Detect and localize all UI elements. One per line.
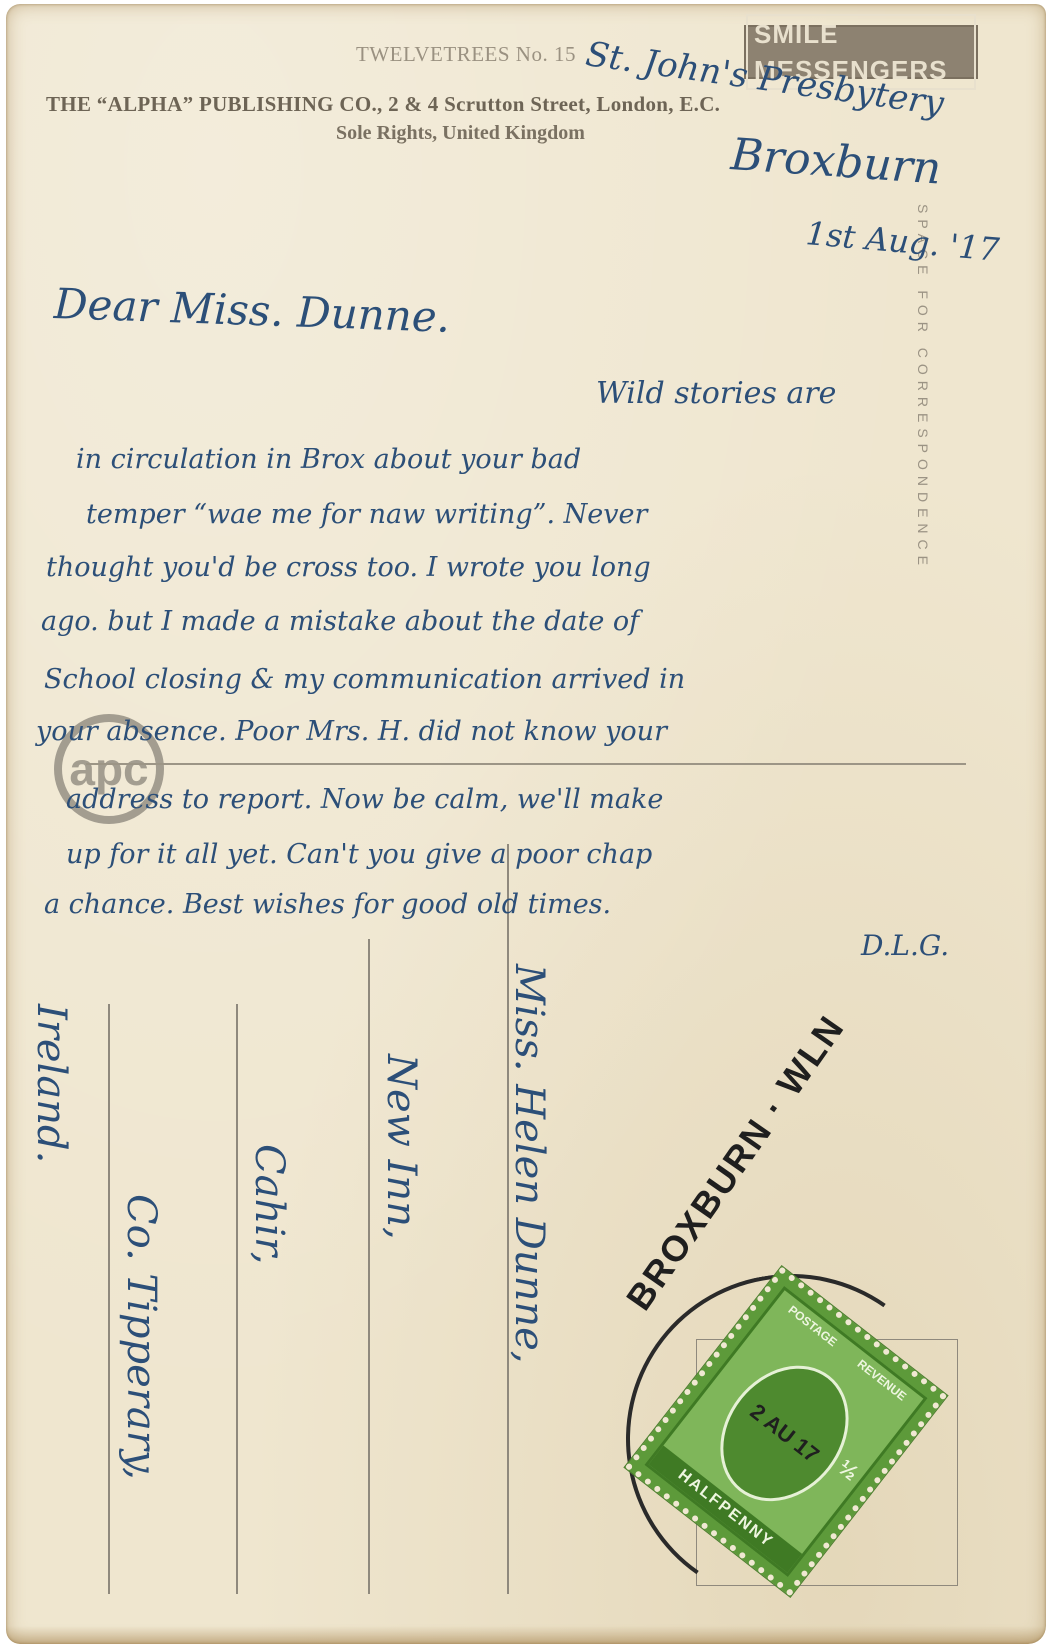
- address-rule: [368, 939, 370, 1594]
- stamp-postage-label: POSTAGE: [785, 1303, 839, 1350]
- letter-line: address to report. Now be calm, we'll ma…: [66, 784, 663, 815]
- letter-line: thought you'd be cross too. I wrote you …: [46, 552, 651, 583]
- address-line: Cahir,: [246, 1144, 292, 1264]
- letter-line: up for it all yet. Can't you give a poor…: [66, 839, 652, 870]
- letter-line: your absence. Poor Mrs. H. did not know …: [36, 716, 667, 747]
- address-line: Co. Tipperary,: [118, 1194, 164, 1480]
- postcard-back: TWELVETREES No. 15 THE “ALPHA” PUBLISHIN…: [6, 4, 1046, 1644]
- stamp-revenue-label: REVENUE: [855, 1357, 909, 1404]
- sender-town: Broxburn: [729, 129, 943, 195]
- rights-line: Sole Rights, United Kingdom: [336, 122, 585, 145]
- publisher-line: THE “ALPHA” PUBLISHING CO., 2 & 4 Scrutt…: [46, 92, 720, 117]
- letter-line: ago. but I made a mistake about the date…: [41, 606, 639, 637]
- address-line: Ireland.: [28, 1004, 74, 1163]
- address-line: New Inn,: [378, 1054, 424, 1240]
- postmark-town: BROXBURN · WLN: [618, 1007, 853, 1318]
- letter-line: Wild stories are: [596, 376, 836, 411]
- letter-line: temper “wae me for naw writing”. Never: [86, 499, 647, 530]
- stamp-value: ½: [833, 1455, 863, 1487]
- letter-line: School closing & my communication arrive…: [44, 664, 685, 695]
- signature: D.L.G.: [861, 929, 949, 962]
- address-rule: [108, 1004, 110, 1594]
- letter-date: 1st Aug. '17: [804, 214, 1000, 269]
- series-number: TWELVETREES No. 15: [356, 42, 576, 67]
- address-line: Miss. Helen Dunne,: [506, 964, 552, 1363]
- address-rule: [236, 1004, 238, 1594]
- edge-stain: [6, 1626, 1046, 1644]
- letter-line: in circulation in Brox about your bad: [76, 444, 581, 475]
- salutation: Dear Miss. Dunne.: [53, 279, 451, 342]
- postmark-date: 2 AU 17: [745, 1398, 824, 1468]
- horizontal-divider: [86, 763, 966, 765]
- letter-line: a chance. Best wishes for good old times…: [44, 889, 611, 920]
